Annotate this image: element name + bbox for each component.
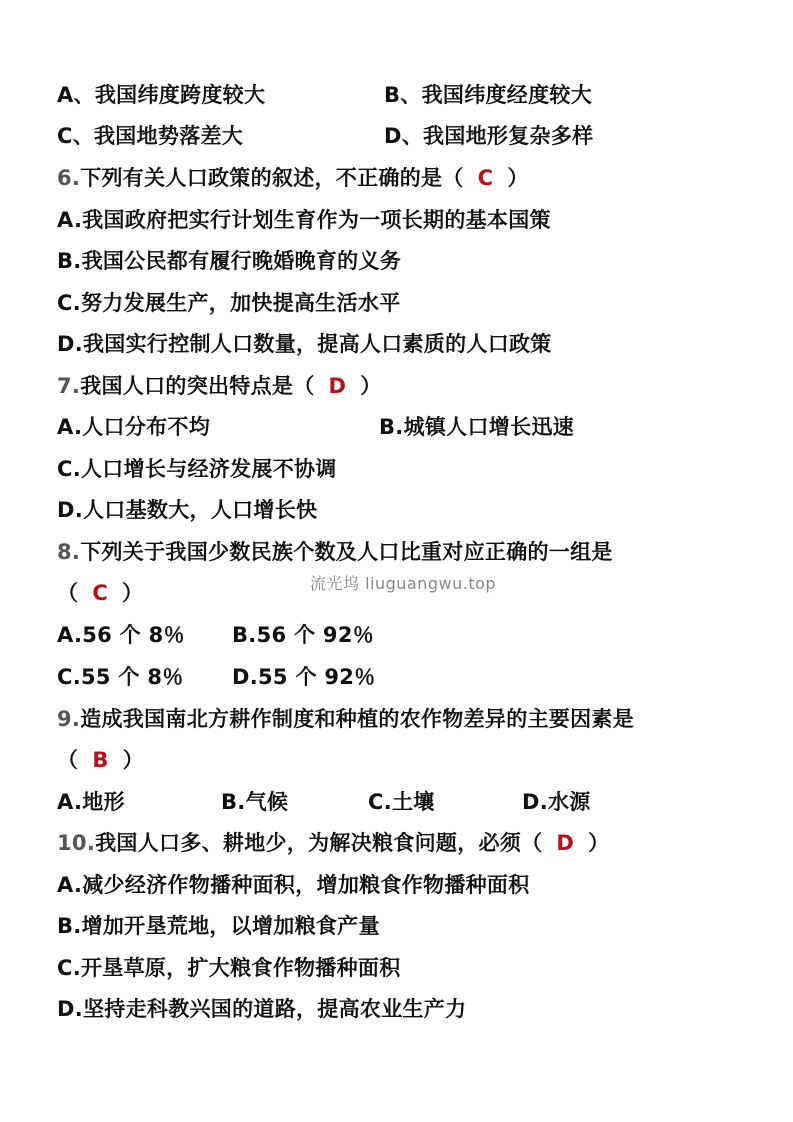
q8-option-d: D.55 个 92％ xyxy=(232,662,375,692)
answer: C xyxy=(478,163,494,193)
close-paren: ） xyxy=(360,374,381,398)
q6-option-b: B.我国公民都有履行晚婚晚育的义务 xyxy=(57,246,401,276)
question-number: 7. xyxy=(57,374,80,398)
question-9-answer-line: （B） xyxy=(57,745,144,775)
question-9: 9.造成我国南北方耕作制度和种植的农作物差异的主要因素是 xyxy=(57,704,634,734)
question-stem: 下列有关人口政策的叙述，不正确的是（ xyxy=(80,166,463,190)
q9-option-c: C.土壤 xyxy=(368,787,435,817)
question-6: 6.下列有关人口政策的叙述，不正确的是（C） xyxy=(57,163,529,193)
q6-option-c: C.努力发展生产，加快提高生活水平 xyxy=(57,288,401,318)
q5-option-a: A、我国纬度跨度较大 xyxy=(57,80,265,110)
q10-option-c: C.开垦草原，扩大粮食作物播种面积 xyxy=(57,953,401,983)
open-paren: （ xyxy=(57,581,78,605)
q7-option-a: A.人口分布不均 xyxy=(57,412,210,442)
q7-option-b: B.城镇人口增长迅速 xyxy=(379,412,574,442)
q7-option-c: C.人口增长与经济发展不协调 xyxy=(57,454,337,484)
open-paren: （ xyxy=(57,748,78,772)
q10-option-b: B.增加开垦荒地，以增加粮食产量 xyxy=(57,911,380,941)
q5-option-d: D、我国地形复杂多样 xyxy=(384,121,593,151)
question-10: 10.我国人口多、耕地少，为解决粮食问题，必须（D） xyxy=(57,828,609,858)
question-stem: 造成我国南北方耕作制度和种植的农作物差异的主要因素是 xyxy=(80,707,634,731)
question-number: 8. xyxy=(57,540,80,564)
q10-option-a: A.减少经济作物播种面积，增加粮食作物播种面积 xyxy=(57,870,530,900)
question-number: 9. xyxy=(57,707,80,731)
question-number: 6. xyxy=(57,166,80,190)
q8-option-b: B.56 个 92％ xyxy=(232,620,374,650)
question-8-answer-line: （C） xyxy=(57,578,143,608)
q9-option-b: B.气候 xyxy=(221,787,288,817)
question-stem: 下列关于我国少数民族个数及人口比重对应正确的一组是 xyxy=(80,540,613,564)
answer: D xyxy=(329,371,347,401)
answer: D xyxy=(556,828,574,858)
question-number: 10. xyxy=(57,831,95,855)
answer: B xyxy=(92,745,108,775)
q9-option-d: D.水源 xyxy=(522,787,591,817)
q7-option-d: D.人口基数大，人口增长快 xyxy=(57,495,317,525)
question-stem: 我国人口的突出特点是（ xyxy=(80,374,314,398)
question-stem: 我国人口多、耕地少，为解决粮食问题，必须（ xyxy=(95,831,542,855)
q8-option-c: C.55 个 8％ xyxy=(57,662,184,692)
question-8: 8.下列关于我国少数民族个数及人口比重对应正确的一组是 xyxy=(57,537,613,567)
watermark: 流光坞 liuguangwu.top xyxy=(310,571,496,594)
close-paren: ） xyxy=(122,581,143,605)
q8-option-a: A.56 个 8％ xyxy=(57,620,185,650)
close-paren: ） xyxy=(588,831,609,855)
question-7: 7.我国人口的突出特点是（D） xyxy=(57,371,382,401)
q9-option-a: A.地形 xyxy=(57,787,125,817)
q6-option-d: D.我国实行控制人口数量，提高人口素质的人口政策 xyxy=(57,329,552,359)
q5-option-c: C、我国地势落差大 xyxy=(57,121,243,151)
close-paren: ） xyxy=(507,166,528,190)
q5-option-b: B、我国纬度经度较大 xyxy=(384,80,592,110)
q10-option-d: D.坚持走科教兴国的道路，提高农业生产力 xyxy=(57,994,466,1024)
close-paren: ） xyxy=(123,748,144,772)
q6-option-a: A.我国政府把实行计划生育作为一项长期的基本国策 xyxy=(57,205,551,235)
answer: C xyxy=(92,578,108,608)
